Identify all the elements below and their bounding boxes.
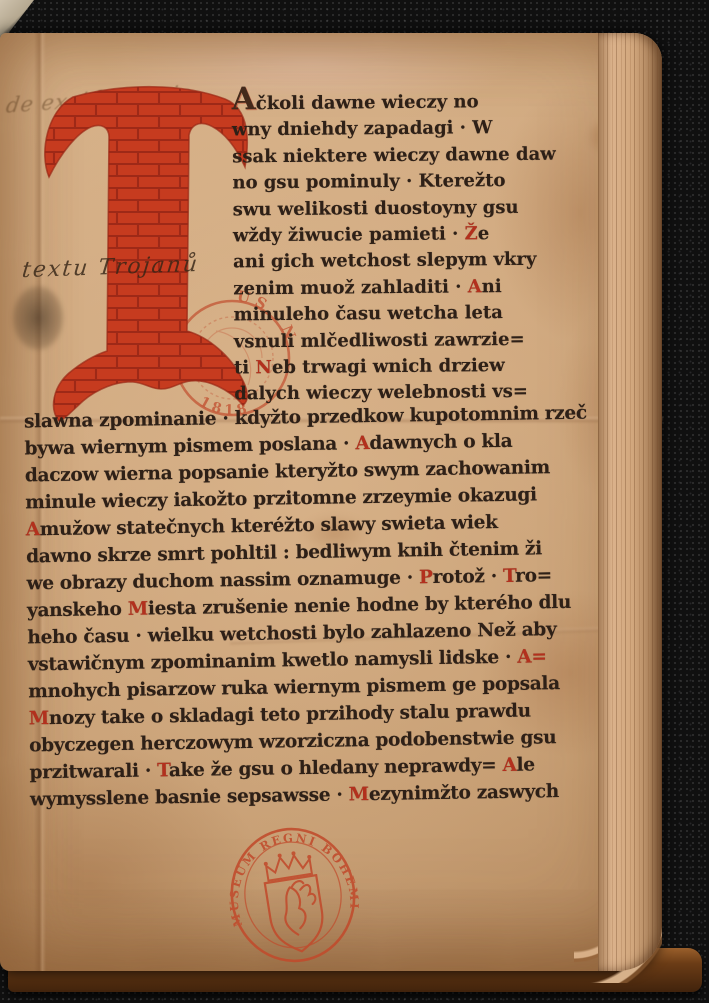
rubricated-letter: M (349, 784, 370, 805)
rubricated-letter: T (503, 566, 515, 587)
text-segment: vsnuli mlčedliwosti zawrzie= (234, 329, 525, 353)
text-line: minuleho času wetcha leta (233, 300, 557, 329)
svg-text:MUSEUM REGNI BOHEMIAE: MUSEUM REGNI BOHEMIAE (213, 817, 363, 935)
rubricated-letter: N (255, 357, 272, 378)
versal-letter: A (232, 81, 256, 117)
text-line: zenim muož zahladiti · Ani (233, 273, 557, 302)
text-line: swu welikosti duostoyny gsu (233, 194, 557, 223)
rubricated-letter: A (468, 276, 482, 297)
text-segment: eb trwagi wnich drziew (272, 355, 505, 378)
text-segment: e (478, 223, 490, 244)
rubricated-letter: A (355, 433, 369, 454)
rubricated-letter: Ž (465, 223, 478, 244)
text-line: wny dniehdy zapadagi · W (232, 115, 556, 144)
text-line: Ačkoli dawne wieczy no (232, 84, 556, 118)
crown-pearl (291, 851, 296, 856)
text-block-indented: Ačkoli dawne wieczy nowny dniehdy zapada… (232, 84, 558, 409)
text-segment: bywa wiernym pismem poslana · (24, 433, 355, 459)
text-segment: ake že gsu o hledany neprawdy= (169, 755, 503, 781)
text-line: ani gich wetchost slepym vkry (233, 247, 557, 276)
museum-stamp-large: MUSEUM REGNI BOHEMIAE (213, 817, 378, 982)
text-segment: ani gich wetchost slepym vkry (233, 249, 536, 273)
text-segment: ssak niektere wieczy dawne daw (232, 143, 556, 167)
manuscript-page: de excidio Troie US. N 1818 textu Trojan… (0, 33, 662, 971)
text-segment: swu welikosti duostoyny gsu (233, 197, 519, 220)
initial-letter-tower (33, 79, 265, 427)
page-block-fore-edge (598, 33, 662, 971)
text-line: wždy žiwucie pamieti · Že (233, 221, 557, 250)
text-segment: no gsu pominuly · Kterežto (232, 170, 505, 193)
text-segment: rotož · (432, 566, 503, 588)
text-segment: mužow statečnych kteréžto slawy swieta w… (40, 512, 498, 540)
text-line: vsnuli mlčedliwosti zawrzie= (234, 326, 558, 355)
rubricated-letter: M (128, 599, 149, 620)
rubricated-letter: T (157, 760, 169, 781)
text-segment: ti (234, 357, 256, 378)
bohemian-lion-icon (280, 879, 321, 936)
crown-pearl (264, 862, 269, 867)
text-segment: ro= (515, 565, 552, 587)
photograph-of-manuscript: { "scene": { "description": "Photograph … (0, 0, 709, 1003)
rubricated-letter: P (419, 567, 433, 588)
text-segment: ezynimžto zaswych (369, 781, 559, 805)
stamp-large-legend: MUSEUM REGNI BOHEMIAE (213, 817, 363, 935)
rubricated-letter: A= (517, 646, 547, 667)
text-segment: yanskeho (27, 599, 128, 622)
text-segment: zenim muož zahladiti · (233, 276, 468, 299)
text-segment: ni (482, 276, 502, 297)
text-segment: iesta zrušenie nenie hodne by kterého dl… (148, 592, 571, 620)
rubricated-letter: A (502, 755, 516, 776)
text-segment: minuleho času wetcha leta (234, 302, 504, 325)
text-segment: wždy žiwucie pamieti · (233, 223, 465, 246)
text-segment: we obrazy duchom nassim oznamuge · (26, 567, 419, 594)
text-segment: wny dniehdy zapadagi · W (232, 118, 493, 141)
text-line: ti Neb trwagi wnich drziew (234, 353, 558, 382)
text-segment: dawnych o kla (369, 431, 512, 454)
text-segment: čkoli dawne wieczy no (256, 91, 479, 114)
text-segment: wymysslene basnie sepsawsse · (30, 784, 349, 810)
crown-pearl (277, 853, 282, 858)
text-line: no gsu pominuly · Kterežto (232, 168, 556, 197)
text-block-full-width: slawna zpominanie · kdyžto przedkow kupo… (24, 400, 593, 814)
text-segment: le (516, 754, 535, 775)
text-segment: przitwarali · (29, 760, 157, 783)
text-line: ssak niektere wieczy dawne daw (232, 141, 556, 170)
rubricated-letter: M (29, 708, 50, 729)
tower-brick-pattern (45, 87, 247, 421)
crown-pearl (307, 855, 312, 860)
rubricated-letter: A (26, 519, 40, 540)
